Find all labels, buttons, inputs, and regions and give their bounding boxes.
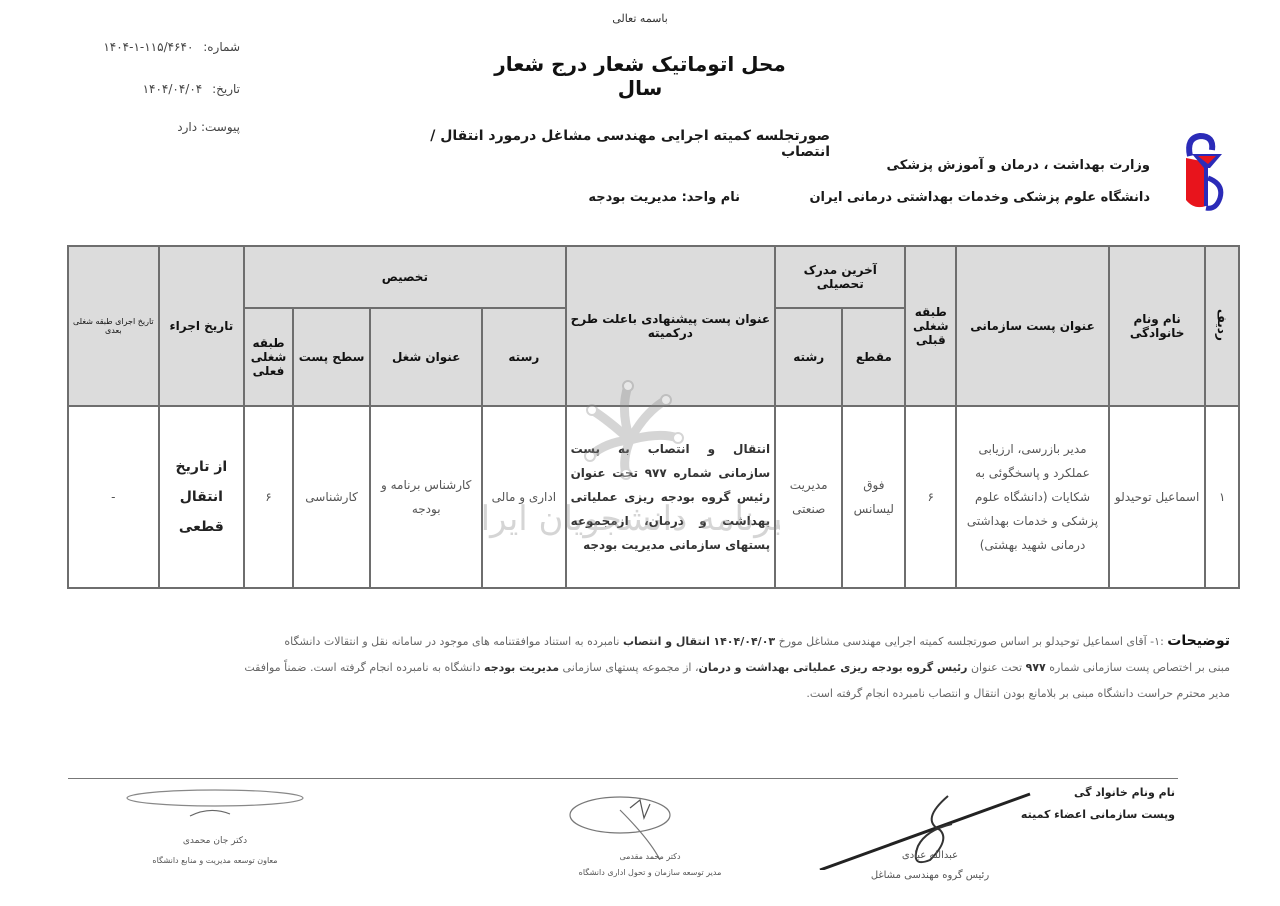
date-label: تاریخ: <box>212 82 240 96</box>
attachment-label: پیوست: <box>201 120 240 134</box>
signer-2-title: مدیر توسعه سازمان و تحول اداری دانشگاه <box>560 868 740 877</box>
signer-3-name: دکتر جان محمدی <box>120 836 310 846</box>
letter-attachment: پیوست: دارد <box>40 120 240 134</box>
signature-block-1: عبدالله عبادی رئیس گروه مهندسی مشاغل <box>800 790 1040 900</box>
signature-block-2: دکتر محمد مقدمی مدیر توسعه سازمان و تحول… <box>560 790 740 900</box>
bismillah: باسمه تعالی <box>600 12 680 25</box>
notes-line-2: مبنی بر اختصاص پست سازمانی شماره ۹۷۷ تحت… <box>50 655 1230 681</box>
ministry-logo-icon <box>1180 132 1226 212</box>
header-exec-date: تاریخ اجراء <box>159 246 244 406</box>
date-value: ۱۴۰۴/۰۴/۰۴ <box>143 82 203 96</box>
header-full-name: نام ونام خانوادگی <box>1109 246 1206 406</box>
notes-label: توضیحات <box>1167 633 1230 649</box>
header-post-level: سطح پست <box>293 308 370 406</box>
cell-org-post: مدیر بازرسی، ارزیابی عملکرد و پاسخگوئی ب… <box>956 406 1109 588</box>
letter-number: شماره: ۱۴۰۴-۱-۱۱۵/۴۶۴۰ <box>40 40 240 54</box>
unit-value: مدیریت بودجه <box>588 190 677 205</box>
divider <box>68 778 1178 779</box>
header-row-no: ردیف <box>1205 246 1239 406</box>
signer-1-name: عبدالله عبادی <box>870 850 990 861</box>
header-assignment: تخصیص <box>244 246 565 308</box>
cell-current-grade: ۶ <box>244 406 293 588</box>
cell-prev-grade: ۶ <box>905 406 956 588</box>
signature-icon <box>120 786 310 826</box>
number-value: ۱۴۰۴-۱-۱۱۵/۴۶۴۰ <box>103 40 193 54</box>
header-next-grade-date: تاریخ اجرای طبقه شغلی بعدی <box>68 246 159 406</box>
header-job-title: عنوان شغل <box>370 308 482 406</box>
signature-block-3: دکتر جان محمدی معاون توسعه مدیریت و مناب… <box>120 786 310 896</box>
header-degree-level: مقطع <box>842 308 905 406</box>
header-current-grade: طبقه شغلی فعلی <box>244 308 293 406</box>
notes-line-3: مدیر محترم حراست دانشگاه مبنی بر بلامانع… <box>50 681 1230 707</box>
cell-next-grade-date: - <box>68 406 159 588</box>
header-proposed-post: عنوان پست پیشنهادی باعلت طرح درکمیته <box>566 246 776 406</box>
document-title: صورتجلسه کمیته اجرایی مهندسی مشاغل درمور… <box>390 128 830 160</box>
cell-job-title: کارشناس برنامه و بودجه <box>370 406 482 588</box>
slogan-placeholder: محل اتوماتیک شعار درج شعار سال <box>470 52 810 100</box>
cell-degree-level: فوق لیسانس <box>842 406 905 588</box>
ministry-name: وزارت بهداشت ، درمان و آموزش پزشکی <box>820 158 1150 173</box>
header-field-group: رسته <box>482 308 565 406</box>
signer-3-title: معاون توسعه مدیریت و منابع دانشگاه <box>120 856 310 865</box>
header-org-post: عنوان پست سازمانی <box>956 246 1109 406</box>
cell-degree-field: مدیریت صنعتی <box>775 406 842 588</box>
signer-2-name: دکتر محمد مقدمی <box>560 852 740 861</box>
letter-date: تاریخ: ۱۴۰۴/۰۴/۰۴ <box>40 82 240 96</box>
cell-proposed-post: انتقال و انتصاب به پست سازمانی شماره ۹۷۷… <box>566 406 776 588</box>
signer-1-title: رئیس گروه مهندسی مشاغل <box>850 870 1010 881</box>
table-row: ۱ اسماعیل توحیدلو مدیر بازرسی، ارزیابی ع… <box>68 406 1239 588</box>
number-label: شماره: <box>203 40 240 54</box>
header-prev-grade: طبقه شغلی قبلی <box>905 246 956 406</box>
university-name: دانشگاه علوم پزشکی وخدمات بهداشتی درمانی… <box>800 190 1150 205</box>
signature-icon <box>560 790 740 860</box>
cell-post-level: کارشناسی <box>293 406 370 588</box>
unit-label: نام واحد: <box>682 190 740 205</box>
notes-line-1: توضیحات :۱- آقای اسماعیل توحیدلو بر اساس… <box>50 628 1230 655</box>
notes-section: توضیحات :۱- آقای اسماعیل توحیدلو بر اساس… <box>50 628 1230 707</box>
attachment-value: دارد <box>177 120 197 134</box>
cell-exec-date: از تاریخ انتقال قطعی <box>159 406 244 588</box>
transfer-table: ردیف نام ونام خانوادگی عنوان پست سازمانی… <box>67 245 1240 589</box>
header-last-degree: آخرین مدرک تحصیلی <box>775 246 905 308</box>
cell-field-group: اداری و مالی <box>482 406 565 588</box>
cell-row-no: ۱ <box>1205 406 1239 588</box>
unit-name: نام واحد: مدیریت بودجه <box>500 190 740 205</box>
header-degree-field: رشته <box>775 308 842 406</box>
cell-full-name: اسماعیل توحیدلو <box>1109 406 1206 588</box>
